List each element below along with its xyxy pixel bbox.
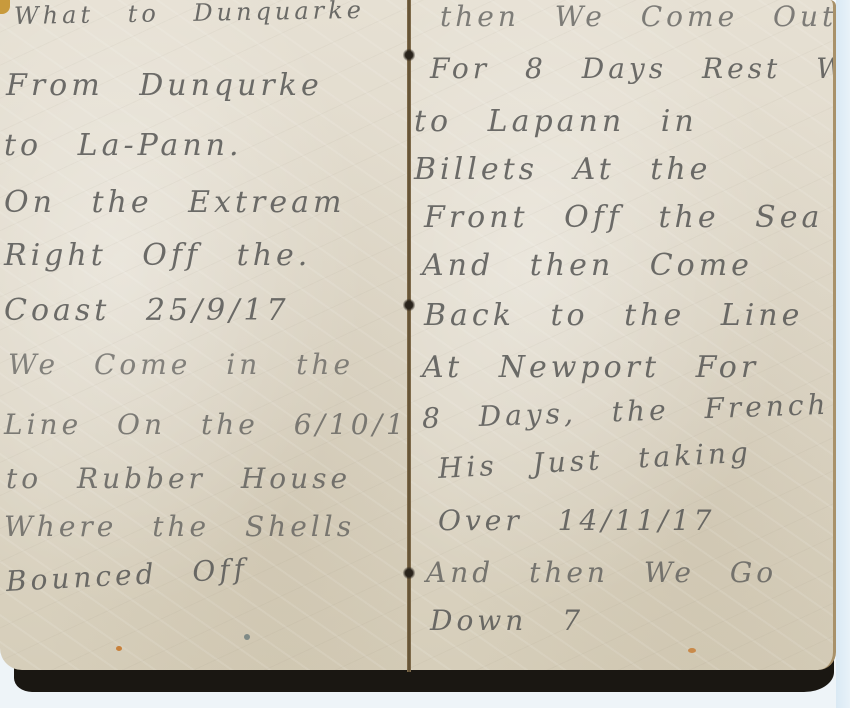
handwritten-line: Line On the 6/10/17 xyxy=(4,408,408,441)
right-page: then We Come Out For 8 Days Rest Whent t… xyxy=(410,0,836,670)
handwritten-line: Right Off the. xyxy=(4,238,311,273)
handwritten-line: Over 14/11/17 xyxy=(438,504,715,537)
handwritten-line: Billets At the xyxy=(414,152,711,187)
handwritten-line: His Just taking xyxy=(437,436,753,485)
handwritten-line: to La-Pann. xyxy=(4,128,243,163)
handwritten-line: 8 Days, the French xyxy=(421,388,830,435)
handwritten-line: Coast 25/9/17 xyxy=(4,293,290,328)
stain-spot xyxy=(244,634,250,640)
handwritten-line: Down 7 xyxy=(430,604,584,637)
diary-photo: What to Dunquarke From Dunqurke to La-Pa… xyxy=(0,0,850,708)
staple xyxy=(403,298,415,312)
handwritten-line: Back to the Line xyxy=(424,298,803,333)
handwritten-line: From Dunqurke xyxy=(6,68,323,103)
handwritten-line: Bounced Off xyxy=(5,552,249,598)
handwritten-line: At Newport For xyxy=(422,350,759,385)
staple xyxy=(403,48,415,62)
handwritten-line: What to Dunquarke xyxy=(14,0,365,30)
handwritten-line: Where the Shells xyxy=(4,510,355,543)
handwritten-line: We Come in the xyxy=(8,348,354,381)
stain-spot xyxy=(688,648,696,653)
handwritten-line: to Lapann in xyxy=(414,104,698,139)
stain-spot xyxy=(116,646,122,651)
handwritten-line: On the Extream xyxy=(4,185,345,220)
corner-stain xyxy=(0,0,10,14)
handwritten-line: then We Come Out xyxy=(440,0,836,33)
left-page: What to Dunquarke From Dunqurke to La-Pa… xyxy=(0,0,408,670)
background-edge xyxy=(836,0,850,708)
handwritten-line: For 8 Days Rest Whent xyxy=(430,52,836,85)
handwritten-line: Front Off the Sea xyxy=(424,200,823,235)
handwritten-line: to Rubber House xyxy=(6,462,351,495)
handwritten-line: And then We Go xyxy=(426,556,777,589)
staple xyxy=(403,566,415,580)
handwritten-line: And then Come xyxy=(422,248,753,283)
